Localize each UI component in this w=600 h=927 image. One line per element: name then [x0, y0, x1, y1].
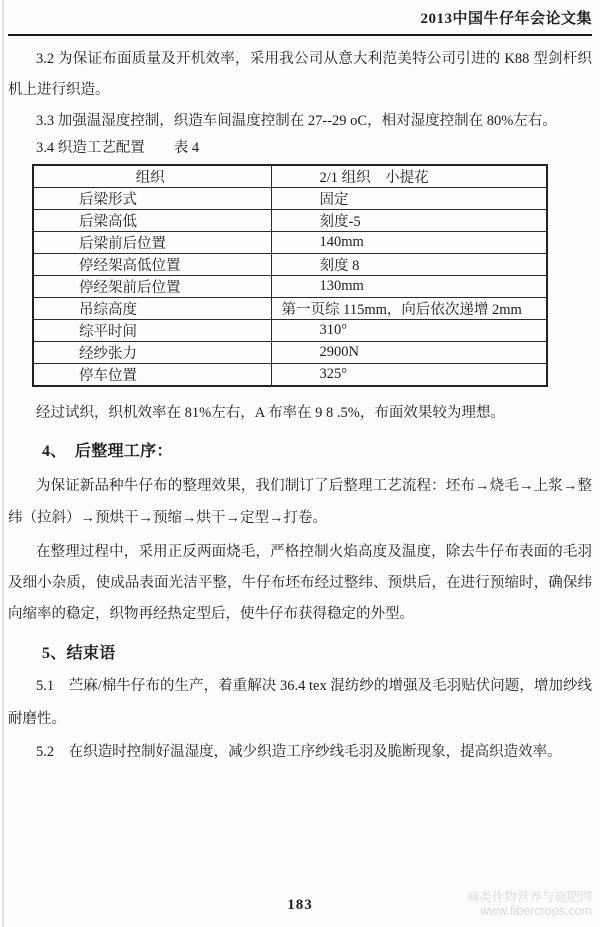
table-cell-value: 刻度-5 — [271, 210, 547, 232]
table-cell-value: 固定 — [271, 188, 547, 210]
table-row: 后梁前后位置 140mm — [33, 232, 547, 254]
table-row: 综平时间 310° — [33, 320, 547, 342]
table-cell-label: 组织 — [33, 165, 271, 188]
table-cell-label: 停经架高低位置 — [33, 254, 271, 276]
scan-edge-artifact — [2, 0, 4, 927]
table-cell-label: 停经架前后位置 — [33, 276, 271, 298]
paragraph-3-2: 3.2 为保证布面质量及开机效率，采用我公司从意大利范美特公司引进的 K88 型… — [8, 44, 592, 106]
section-heading-5: 5、结束语 — [8, 638, 592, 670]
table-row: 停车位置 325° — [33, 364, 547, 387]
table-cell-label: 吊综高度 — [33, 298, 271, 320]
table-row: 后梁形式 固定 — [33, 188, 547, 210]
table-cell-value: 2900N — [271, 342, 547, 364]
table-row: 停经架高低位置 刻度 8 — [33, 254, 547, 276]
table-row: 后梁高低 刻度-5 — [33, 210, 547, 232]
table-row: 组织 2/1 组织 小提花 — [33, 165, 547, 188]
table-cell-label: 后梁前后位置 — [33, 232, 271, 254]
paragraph-4-1: 为保证新品种牛仔布的整理效果，我们制订了后整理工艺流程：坯布→烧毛→上浆→整纬（… — [8, 470, 592, 534]
table-cell-value: 310° — [271, 320, 547, 342]
table-cell-label: 经纱张力 — [33, 342, 271, 364]
paragraph-5-1: 5.1 苎麻/棉牛仔布的生产，着重解决 36.4 tex 混纺纱的增强及毛羽贴伏… — [8, 670, 592, 736]
table-cell-value: 130mm — [271, 276, 547, 298]
table-cell-value: 刻度 8 — [271, 254, 547, 276]
watermark: 麻类作物营养与施肥网 www.fibercrops.com — [467, 890, 592, 918]
watermark-site-url: www.fibercrops.com — [467, 904, 592, 918]
table-caption-line: 3.4 织造工艺配置 表 4 — [8, 136, 592, 161]
header-rule — [8, 34, 592, 36]
table-cell-label: 停车位置 — [33, 364, 271, 387]
table-cell-value: 第一页综 115mm，向后依次递增 2mm — [271, 298, 547, 320]
paragraph-5-2: 5.2 在织造时控制好温湿度，减少织造工序纱线毛羽及脆断现象，提高织造效率。 — [8, 736, 592, 769]
section-heading-4: 4、 后整理工序： — [8, 436, 592, 468]
table-cell-label: 综平时间 — [33, 320, 271, 342]
table-cell-value: 2/1 组织 小提花 — [271, 165, 547, 188]
table-cell-value: 325° — [271, 364, 547, 387]
table-cell-label: 后梁高低 — [33, 210, 271, 232]
table-row: 吊综高度 第一页综 115mm，向后依次递增 2mm — [33, 298, 547, 320]
table-cell-label: 后梁形式 — [33, 188, 271, 210]
weaving-process-table: 组织 2/1 组织 小提花 后梁形式 固定 后梁高低 刻度-5 后梁前后位置 1… — [32, 164, 548, 387]
paragraph-trial-result: 经过试织，织机效率在 81%左右，A 布率在 9 8 .5%，布面效果较为理想。 — [8, 398, 592, 428]
page-header-title: 2013中国牛仔年会论文集 — [8, 0, 592, 29]
table-row: 停经架前后位置 130mm — [33, 276, 547, 298]
page-content: 2013中国牛仔年会论文集 3.2 为保证布面质量及开机效率，采用我公司从意大利… — [0, 0, 600, 769]
paragraph-4-2: 在整理过程中，采用正反两面烧毛，严格控制火焰高度及温度，除去牛仔布表面的毛羽及细… — [8, 537, 592, 630]
table-row: 经纱张力 2900N — [33, 342, 547, 364]
table-cell-value: 140mm — [271, 232, 547, 254]
paragraph-3-3: 3.3 加强温湿度控制，织造车间温度控制在 27--29 oC，相对湿度控制在 … — [8, 106, 592, 136]
scanned-page: 2013中国牛仔年会论文集 3.2 为保证布面质量及开机效率，采用我公司从意大利… — [0, 0, 600, 927]
watermark-site-name: 麻类作物营养与施肥网 — [467, 890, 592, 904]
